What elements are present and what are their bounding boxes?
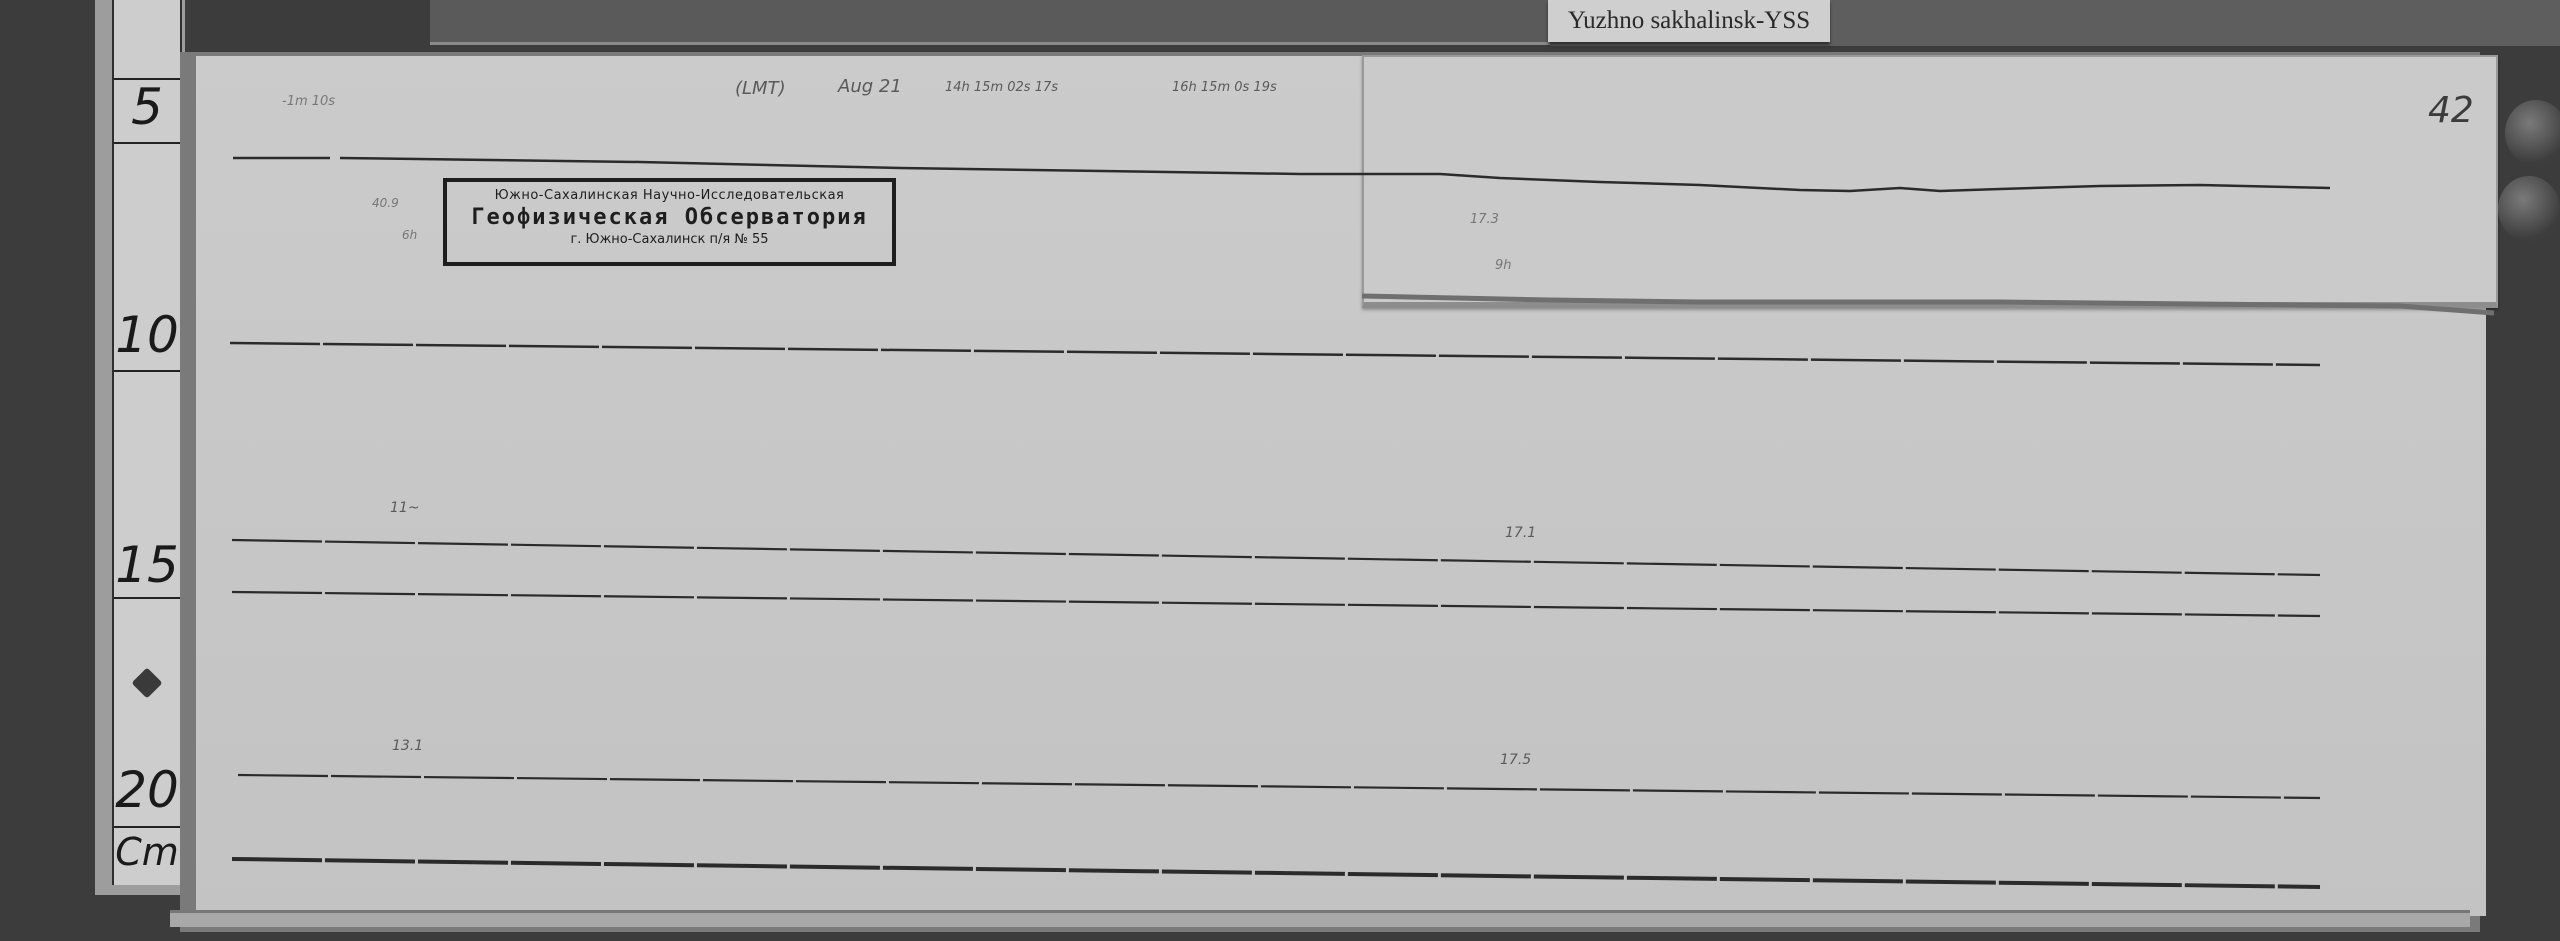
trace-d: [232, 540, 2320, 575]
trace-baseline-3: [232, 859, 2320, 887]
magnetogram-traces: [0, 0, 2560, 941]
trace-baseline-2: [232, 592, 2320, 616]
trace-h: [233, 158, 2330, 191]
trace-baseline-1: [230, 343, 2320, 365]
trace-z: [238, 775, 2320, 798]
